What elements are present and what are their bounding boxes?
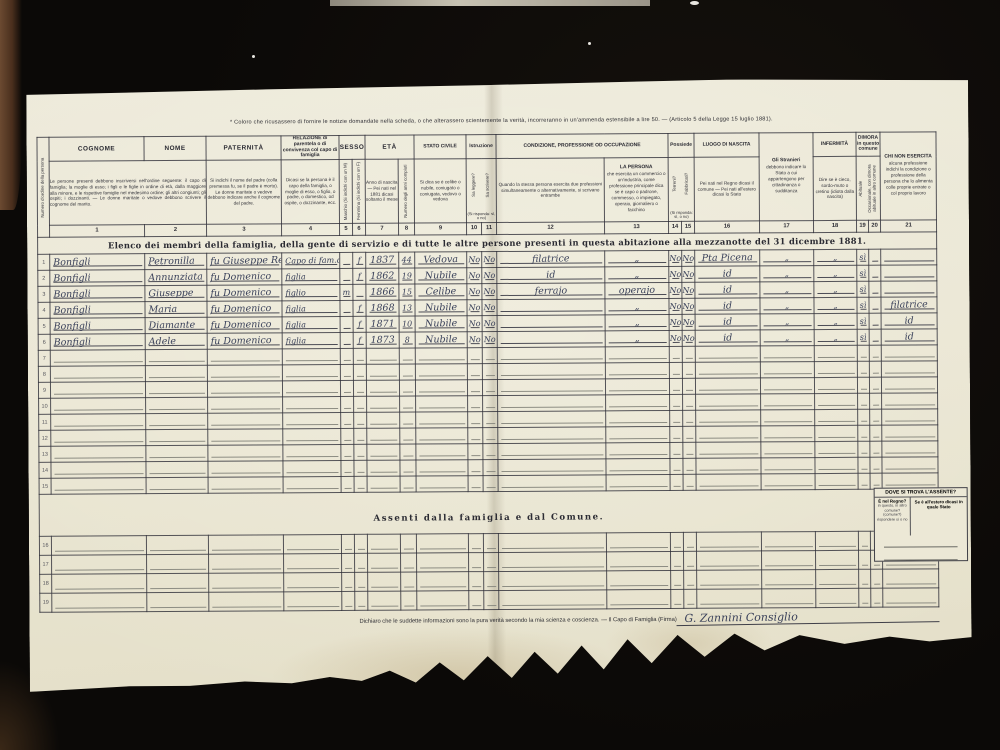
infermita-desc: Dire se è cieco, sordo-muto o cretino (i… xyxy=(813,156,856,220)
cell-luogo xyxy=(696,442,761,458)
cell-anni xyxy=(400,444,416,460)
cell-nome xyxy=(147,573,209,592)
handwritten-entry xyxy=(607,580,670,581)
assenti-band: Assenti dalla famiglia e dal Comune. xyxy=(39,489,938,536)
cell-stato xyxy=(416,428,468,444)
cell-cond xyxy=(498,475,606,492)
handwritten-entry xyxy=(498,450,605,452)
declaration-text: Dichiaro che le suddette informazioni so… xyxy=(359,617,676,625)
cell-paternita xyxy=(207,365,282,381)
handwritten-entry: fu Giuseppe Renzi xyxy=(207,254,281,268)
handwritten-entry xyxy=(209,582,283,583)
handwritten-entry: f xyxy=(353,302,365,315)
handwritten-entry: fu Domenico xyxy=(207,270,281,284)
handwritten-entry xyxy=(367,468,399,469)
dove-rule-line xyxy=(875,548,967,562)
cell-n: 19 xyxy=(40,593,52,612)
cell-m xyxy=(340,252,353,268)
cell-f xyxy=(353,348,366,364)
cell-ab xyxy=(858,531,870,550)
cell-relazione: figlia xyxy=(282,268,340,284)
handwritten-entry xyxy=(815,385,857,386)
cell-anni xyxy=(400,428,416,444)
cell-chi xyxy=(881,345,937,361)
cell-ter: No xyxy=(669,282,682,298)
cell-ab xyxy=(858,409,870,425)
handwritten-entry xyxy=(881,256,936,257)
cell-stran xyxy=(761,410,815,426)
cell-cond: filatrice xyxy=(497,251,605,268)
handwritten-entry: No xyxy=(468,333,482,346)
handwritten-entry xyxy=(52,602,146,604)
handwritten-entry: No xyxy=(483,333,497,346)
cell-n: 11 xyxy=(39,414,51,430)
handwritten-entry xyxy=(284,484,341,485)
cell-stato: Nubile xyxy=(415,300,467,316)
photo-background: * Coloro che ricusassero di fornire le n… xyxy=(0,0,1000,750)
cell-ter: No xyxy=(669,266,682,282)
cell-anno: 1862 xyxy=(366,268,399,284)
handwritten-entry: 44 xyxy=(399,253,414,266)
cell-luogo: id xyxy=(695,282,760,298)
handwritten-entry xyxy=(367,420,399,421)
cell-nome xyxy=(146,413,208,429)
cell-scr xyxy=(483,412,498,428)
istruzione-sub: Sa leggere? Sa scrivere? (Si risponda: s… xyxy=(466,159,496,223)
cell-anni: 10 xyxy=(399,316,415,332)
cell-cond xyxy=(499,571,607,591)
col-sesso-title: SESSO xyxy=(339,135,365,159)
cell-inf xyxy=(815,425,858,441)
cell-chi xyxy=(882,457,938,473)
cell-luogo xyxy=(696,426,761,442)
cell-scr xyxy=(483,460,498,476)
cell-cognome xyxy=(50,382,145,399)
cell-anni xyxy=(400,476,416,492)
cell-cond xyxy=(497,299,605,316)
cell-pers xyxy=(607,570,671,589)
cell-m xyxy=(340,316,353,332)
handwritten-entry xyxy=(607,599,670,600)
handwritten-entry: Annunziata xyxy=(145,270,206,284)
cell-cond xyxy=(497,379,605,396)
handwritten-entry xyxy=(696,385,760,386)
cell-relazione xyxy=(283,476,341,492)
cell-ter xyxy=(669,362,682,378)
cell-oc xyxy=(869,313,881,329)
handwritten-entry xyxy=(815,449,857,450)
handwritten-entry xyxy=(815,417,857,418)
handwritten-entry xyxy=(52,583,146,585)
cell-stran xyxy=(762,551,816,570)
cell-f xyxy=(355,591,368,610)
cell-inf: „ xyxy=(814,329,857,345)
cell-ter: No xyxy=(669,250,682,266)
cell-cond xyxy=(498,459,606,476)
cell-stato xyxy=(416,534,468,553)
cell-cognome xyxy=(51,462,146,479)
cell-paternita xyxy=(208,535,283,554)
cell-ab xyxy=(858,473,870,489)
chinon-desc: alcuna professione indichi la condizione… xyxy=(881,160,936,198)
cell-fab xyxy=(683,474,696,490)
cell-oc xyxy=(871,588,883,607)
eta-anno-desc: Anno di nascita — Pei nati nel 1881 dica… xyxy=(365,159,398,223)
handwritten-entry: figlio xyxy=(282,286,339,300)
handwritten-entry: 8 xyxy=(400,333,415,346)
handwritten-entry: id xyxy=(497,268,604,283)
cell-paternita xyxy=(208,461,283,477)
cell-m xyxy=(340,364,353,380)
cell-cognome xyxy=(51,430,146,447)
handwritten-entry: filatrice xyxy=(881,298,936,312)
handwritten-entry xyxy=(761,369,814,370)
cell-luogo: Pta Picena xyxy=(695,250,760,266)
cell-pers xyxy=(606,458,670,474)
cell-cond xyxy=(498,533,606,553)
cell-leg: No xyxy=(467,316,482,332)
handwritten-entry xyxy=(697,481,761,482)
handwritten-entry xyxy=(762,560,815,561)
cell-relazione: figlia xyxy=(282,316,340,332)
cell-anno xyxy=(368,591,401,610)
cell-luogo: id xyxy=(695,298,760,314)
handwritten-entry xyxy=(146,453,207,454)
cell-luogo xyxy=(696,458,761,474)
cell-inf xyxy=(814,377,857,393)
handwritten-entry: No xyxy=(482,301,496,314)
cell-f: f xyxy=(353,252,366,268)
handwritten-entry xyxy=(762,465,815,466)
luogo-desc: Pei nati nel Regno dicasi il comune — Pe… xyxy=(694,157,759,221)
handwritten-entry xyxy=(697,541,761,542)
handwritten-entry: id xyxy=(882,330,937,344)
cell-ab xyxy=(857,345,869,361)
cell-anni xyxy=(399,380,415,396)
cell-relazione xyxy=(283,428,341,444)
cell-cognome xyxy=(51,414,146,431)
cell-f xyxy=(354,460,367,476)
background-paper-edge xyxy=(330,0,650,6)
cell-nome: Annunziata xyxy=(145,269,207,285)
handwritten-entry xyxy=(368,600,400,601)
cell-nome: Petronilla xyxy=(145,253,207,269)
cell-cognome: Bonfigli xyxy=(50,270,145,287)
handwritten-entry: „ xyxy=(815,331,857,345)
cell-anni xyxy=(400,396,416,412)
handwritten-entry: No xyxy=(669,284,681,297)
handwritten-entry: „ xyxy=(606,316,669,330)
cell-leg: No xyxy=(467,268,482,284)
handwritten-entry xyxy=(696,369,760,370)
cell-stato xyxy=(417,572,469,591)
handwritten-entry xyxy=(368,484,400,485)
sesso-m-cell: Maschio (Si indichi con un M) xyxy=(339,159,352,223)
cell-anno xyxy=(367,428,400,444)
cell-cond xyxy=(499,552,607,572)
handwritten-entry xyxy=(146,373,207,374)
cell-relazione xyxy=(283,396,341,412)
cell-paternita xyxy=(209,573,284,592)
cell-nome xyxy=(146,445,208,461)
cell-chi: id xyxy=(881,313,937,329)
cell-pers xyxy=(605,378,669,394)
cell-stato: Nubile xyxy=(415,316,467,332)
cell-ab: sì xyxy=(857,329,869,345)
cell-oc xyxy=(869,297,881,313)
cell-pers xyxy=(606,426,670,442)
cell-inf xyxy=(816,550,859,569)
cell-anno: 1837 xyxy=(366,252,399,268)
declaration: Dichiaro che le suddette informazioni so… xyxy=(359,609,939,627)
handwritten-entry xyxy=(606,402,669,403)
cell-chi: id xyxy=(881,329,937,345)
handwritten-entry: 15 xyxy=(399,285,414,298)
cell-relazione xyxy=(284,572,342,591)
cell-chi xyxy=(881,377,937,393)
eta-anni-label: Numero degli anni compiuti xyxy=(404,164,409,217)
cell-m xyxy=(340,300,353,316)
cell-m xyxy=(342,572,355,591)
cell-leg xyxy=(469,553,484,572)
handwritten-entry xyxy=(816,541,858,542)
cell-stato xyxy=(415,380,467,396)
cell-nome: Giuseppe xyxy=(145,285,207,301)
cell-luogo xyxy=(696,474,761,490)
handwritten-entry xyxy=(208,452,282,453)
cell-f xyxy=(355,553,368,572)
cell-stran xyxy=(761,394,815,410)
cell-stran xyxy=(762,589,816,608)
handwritten-entry: sì xyxy=(858,331,869,344)
stato-desc: Si dica se è celibe o nubile, coniugato … xyxy=(414,159,466,223)
cell-ter: No xyxy=(669,298,682,314)
handwritten-entry xyxy=(284,582,341,583)
handwritten-entry xyxy=(147,582,208,583)
cell-m xyxy=(341,460,354,476)
cell-luogo: id xyxy=(695,266,760,282)
handwritten-entry xyxy=(368,562,400,563)
handwritten-entry: 19 xyxy=(399,269,414,282)
cell-anni: 8 xyxy=(399,332,415,348)
cell-oc xyxy=(870,393,882,409)
handwritten-entry xyxy=(815,433,857,434)
cell-inf xyxy=(815,393,858,409)
cell-cond: id xyxy=(497,267,605,284)
handwritten-entry xyxy=(209,601,283,602)
cell-pers xyxy=(606,410,670,426)
census-table: Numero d'ordine della persona COGNOME NO… xyxy=(36,131,939,612)
cell-oc xyxy=(869,377,881,393)
handwritten-entry: 1837 xyxy=(366,253,398,267)
cell-ter xyxy=(670,426,683,442)
cell-scr: No xyxy=(482,284,497,300)
cell-m: m xyxy=(340,284,353,300)
cell-n: 1 xyxy=(38,254,50,270)
cell-leg xyxy=(467,364,482,380)
cell-f: f xyxy=(353,268,366,284)
cell-ter xyxy=(670,532,683,551)
cell-cond: ferrajo xyxy=(497,283,605,300)
handwritten-entry: id xyxy=(696,315,760,329)
cell-fab: No xyxy=(682,282,695,298)
handwritten-entry xyxy=(416,371,467,372)
handwritten-entry xyxy=(762,541,815,542)
cell-n: 5 xyxy=(38,318,50,334)
handwritten-entry xyxy=(882,384,937,385)
cell-ter xyxy=(670,410,683,426)
cell-oc xyxy=(869,361,881,377)
cell-m xyxy=(342,591,355,610)
cell-inf: „ xyxy=(814,249,857,265)
handwritten-entry: id xyxy=(695,283,759,297)
cell-leg: No xyxy=(467,332,482,348)
handwritten-entry xyxy=(761,353,814,354)
cell-anni: 13 xyxy=(399,300,415,316)
handwritten-entry xyxy=(499,580,606,582)
cell-m xyxy=(341,412,354,428)
cell-paternita xyxy=(208,413,283,429)
handwritten-entry: Diamante xyxy=(145,318,206,332)
cell-ter xyxy=(670,458,683,474)
handwritten-entry: No xyxy=(683,332,695,345)
handwritten-entry xyxy=(147,485,208,486)
cell-fab xyxy=(683,410,696,426)
cell-oc xyxy=(870,409,882,425)
cell-anno xyxy=(367,412,400,428)
cell-pers xyxy=(606,474,670,490)
cell-stran: „ xyxy=(760,266,814,282)
handwritten-entry xyxy=(146,357,207,358)
cell-paternita xyxy=(208,397,283,413)
handwritten-entry xyxy=(51,389,145,391)
handwritten-entry xyxy=(498,386,605,388)
cell-anni xyxy=(401,553,417,572)
cell-ter xyxy=(670,394,683,410)
cell-ter xyxy=(671,551,684,570)
cell-stato xyxy=(417,591,469,610)
handwritten-entry xyxy=(417,581,468,582)
cell-ter xyxy=(670,474,683,490)
cell-stato xyxy=(417,553,469,572)
istruzione-caption: (Si risponda: sì, o no) xyxy=(467,211,496,222)
possiede-sub: Terreni? Fabbricati? (Si risponda: sì, o… xyxy=(668,157,694,221)
handwritten-entry xyxy=(606,434,669,435)
handwritten-entry: „ xyxy=(605,300,668,314)
cell-fab xyxy=(683,532,696,551)
handwritten-entry xyxy=(696,353,760,354)
cell-fab xyxy=(684,589,697,608)
cell-luogo: id xyxy=(695,330,760,346)
cell-relazione xyxy=(283,534,341,553)
cell-paternita xyxy=(208,445,283,461)
handwritten-entry xyxy=(498,402,605,404)
cell-paternita: fu Giuseppe Renzi xyxy=(207,253,282,269)
cell-ab: sì xyxy=(857,265,869,281)
handwritten-entry: No xyxy=(682,252,694,265)
handwritten-entry: No xyxy=(683,316,695,329)
handwritten-entry xyxy=(146,405,207,406)
assenti-rows-body: 16171819 xyxy=(39,531,938,612)
handwritten-entry: Nubile xyxy=(415,269,466,283)
handwritten-entry: Bonfigli xyxy=(50,255,144,270)
cell-n: 15 xyxy=(39,478,51,494)
fabbricati-label: Fabbricati? xyxy=(685,173,690,195)
cell-m xyxy=(341,476,354,492)
cell-ab xyxy=(858,425,870,441)
handwritten-entry xyxy=(417,467,468,468)
handwritten-entry: No xyxy=(482,253,496,266)
cell-scr xyxy=(483,396,498,412)
cell-anno xyxy=(367,444,400,460)
handwritten-entry xyxy=(498,322,605,324)
cell-inf xyxy=(815,409,858,425)
cell-relazione xyxy=(282,380,340,396)
dove-estero-col: Se è all'estero dicasi in quale Stato xyxy=(911,497,967,535)
handwritten-entry xyxy=(208,436,282,437)
cell-cond xyxy=(498,427,606,444)
cell-stran xyxy=(762,570,816,589)
handwritten-entry: sì xyxy=(858,315,869,328)
col-stato-title: STATO CIVILE xyxy=(414,135,466,159)
handwritten-entry: No xyxy=(682,268,694,281)
col-istruzione-title: Istruzione xyxy=(466,135,496,159)
dimora-occasionale-label: Occasionale, con dimora abituale in altr… xyxy=(868,157,878,219)
handwritten-entry xyxy=(499,561,606,563)
handwritten-entry xyxy=(367,404,399,405)
cell-paternita xyxy=(209,554,284,573)
handwritten-entry xyxy=(208,372,282,373)
handwritten-entry xyxy=(208,420,282,421)
cell-oc xyxy=(869,281,881,297)
handwritten-entry xyxy=(283,372,340,373)
cell-oc xyxy=(870,441,882,457)
dove-regno-col: È nel Regno? in questo, in altro comune?… xyxy=(875,497,911,535)
handwritten-entry xyxy=(606,370,669,371)
handwritten-entry: „ xyxy=(761,315,814,329)
cell-stato xyxy=(416,396,468,412)
cell-relazione: figlia xyxy=(282,300,340,316)
handwritten-entry: No xyxy=(467,301,481,314)
cell-cond xyxy=(497,331,605,348)
cell-inf xyxy=(816,569,859,588)
cell-anni xyxy=(399,364,415,380)
cell-paternita: fu Domenico xyxy=(207,301,282,317)
cell-inf xyxy=(814,361,857,377)
handwritten-entry: 1871 xyxy=(366,317,398,331)
cell-inf xyxy=(815,457,858,473)
handwritten-entry xyxy=(284,544,341,545)
cell-f: f xyxy=(353,316,366,332)
cell-ab: sì xyxy=(857,313,869,329)
cell-paternita: fu Domenico xyxy=(207,333,282,349)
handwritten-entry xyxy=(208,404,282,405)
cell-scr xyxy=(482,364,497,380)
handwritten-entry xyxy=(209,544,283,545)
cell-f xyxy=(355,572,368,591)
cell-luogo xyxy=(695,378,760,394)
cell-pers xyxy=(607,589,671,608)
cell-fab: No xyxy=(682,250,695,266)
col-nome-title: NOME xyxy=(144,136,206,160)
numero-ordine-label: Numero d'ordine della persona xyxy=(41,157,46,217)
cell-inf xyxy=(815,441,858,457)
cell-leg: No xyxy=(467,252,482,268)
cell-anni xyxy=(400,412,416,428)
cell-stato xyxy=(416,460,468,476)
cell-anni xyxy=(401,591,417,610)
cell-anni xyxy=(399,348,415,364)
